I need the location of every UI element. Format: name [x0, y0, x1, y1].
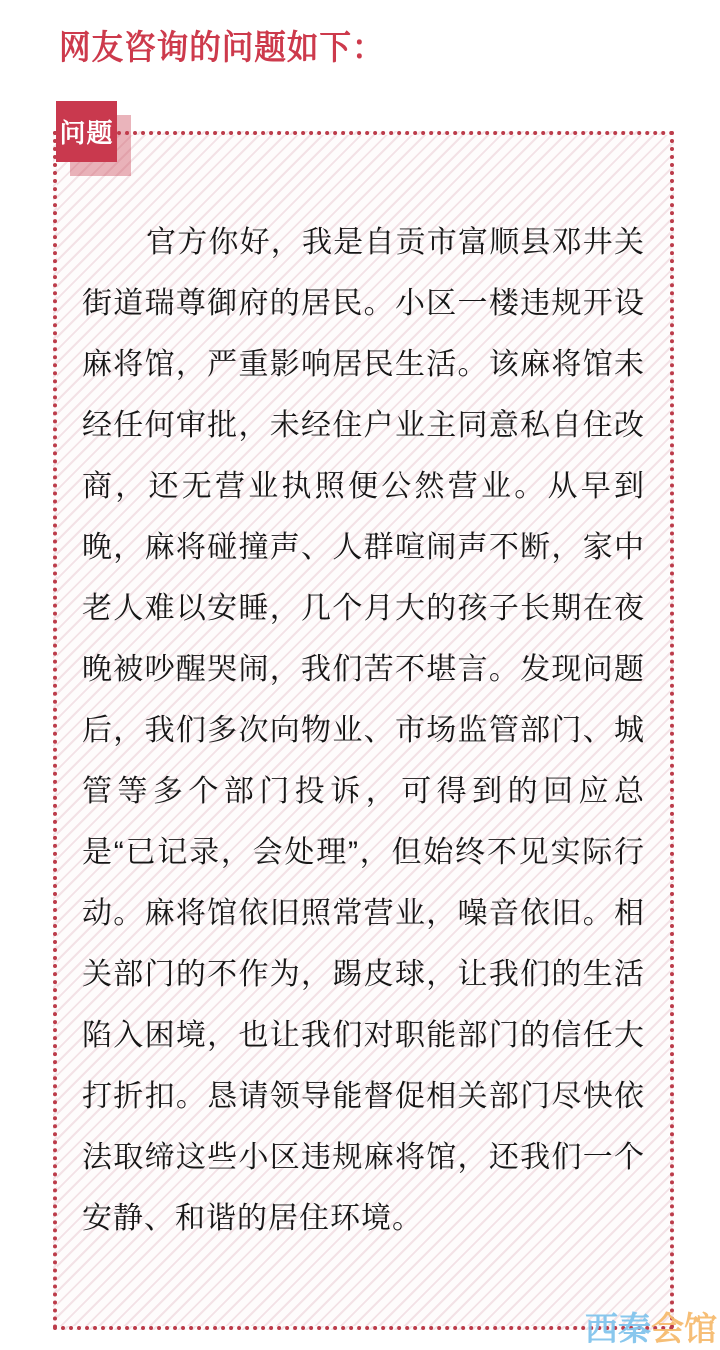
watermark-text-blue: 西秦: [585, 1310, 651, 1347]
question-box: 官方你好，我是自贡市富顺县邓井关街道瑞尊御府的居民。小区一楼违规开设麻将馆，严重…: [53, 131, 674, 1330]
watermark-text-orange: 会馆: [651, 1310, 717, 1347]
question-text: 官方你好，我是自贡市富顺县邓井关街道瑞尊御府的居民。小区一楼违规开设麻将馆，严重…: [57, 135, 670, 1249]
page: 网友咨询的问题如下： 官方你好，我是自贡市富顺县邓井关街道瑞尊御府的居民。小区一…: [0, 0, 720, 1350]
watermark-logo: 西秦会馆: [585, 1303, 717, 1350]
page-title: 网友咨询的问题如下：: [59, 20, 385, 69]
question-badge: 问题: [56, 101, 117, 162]
